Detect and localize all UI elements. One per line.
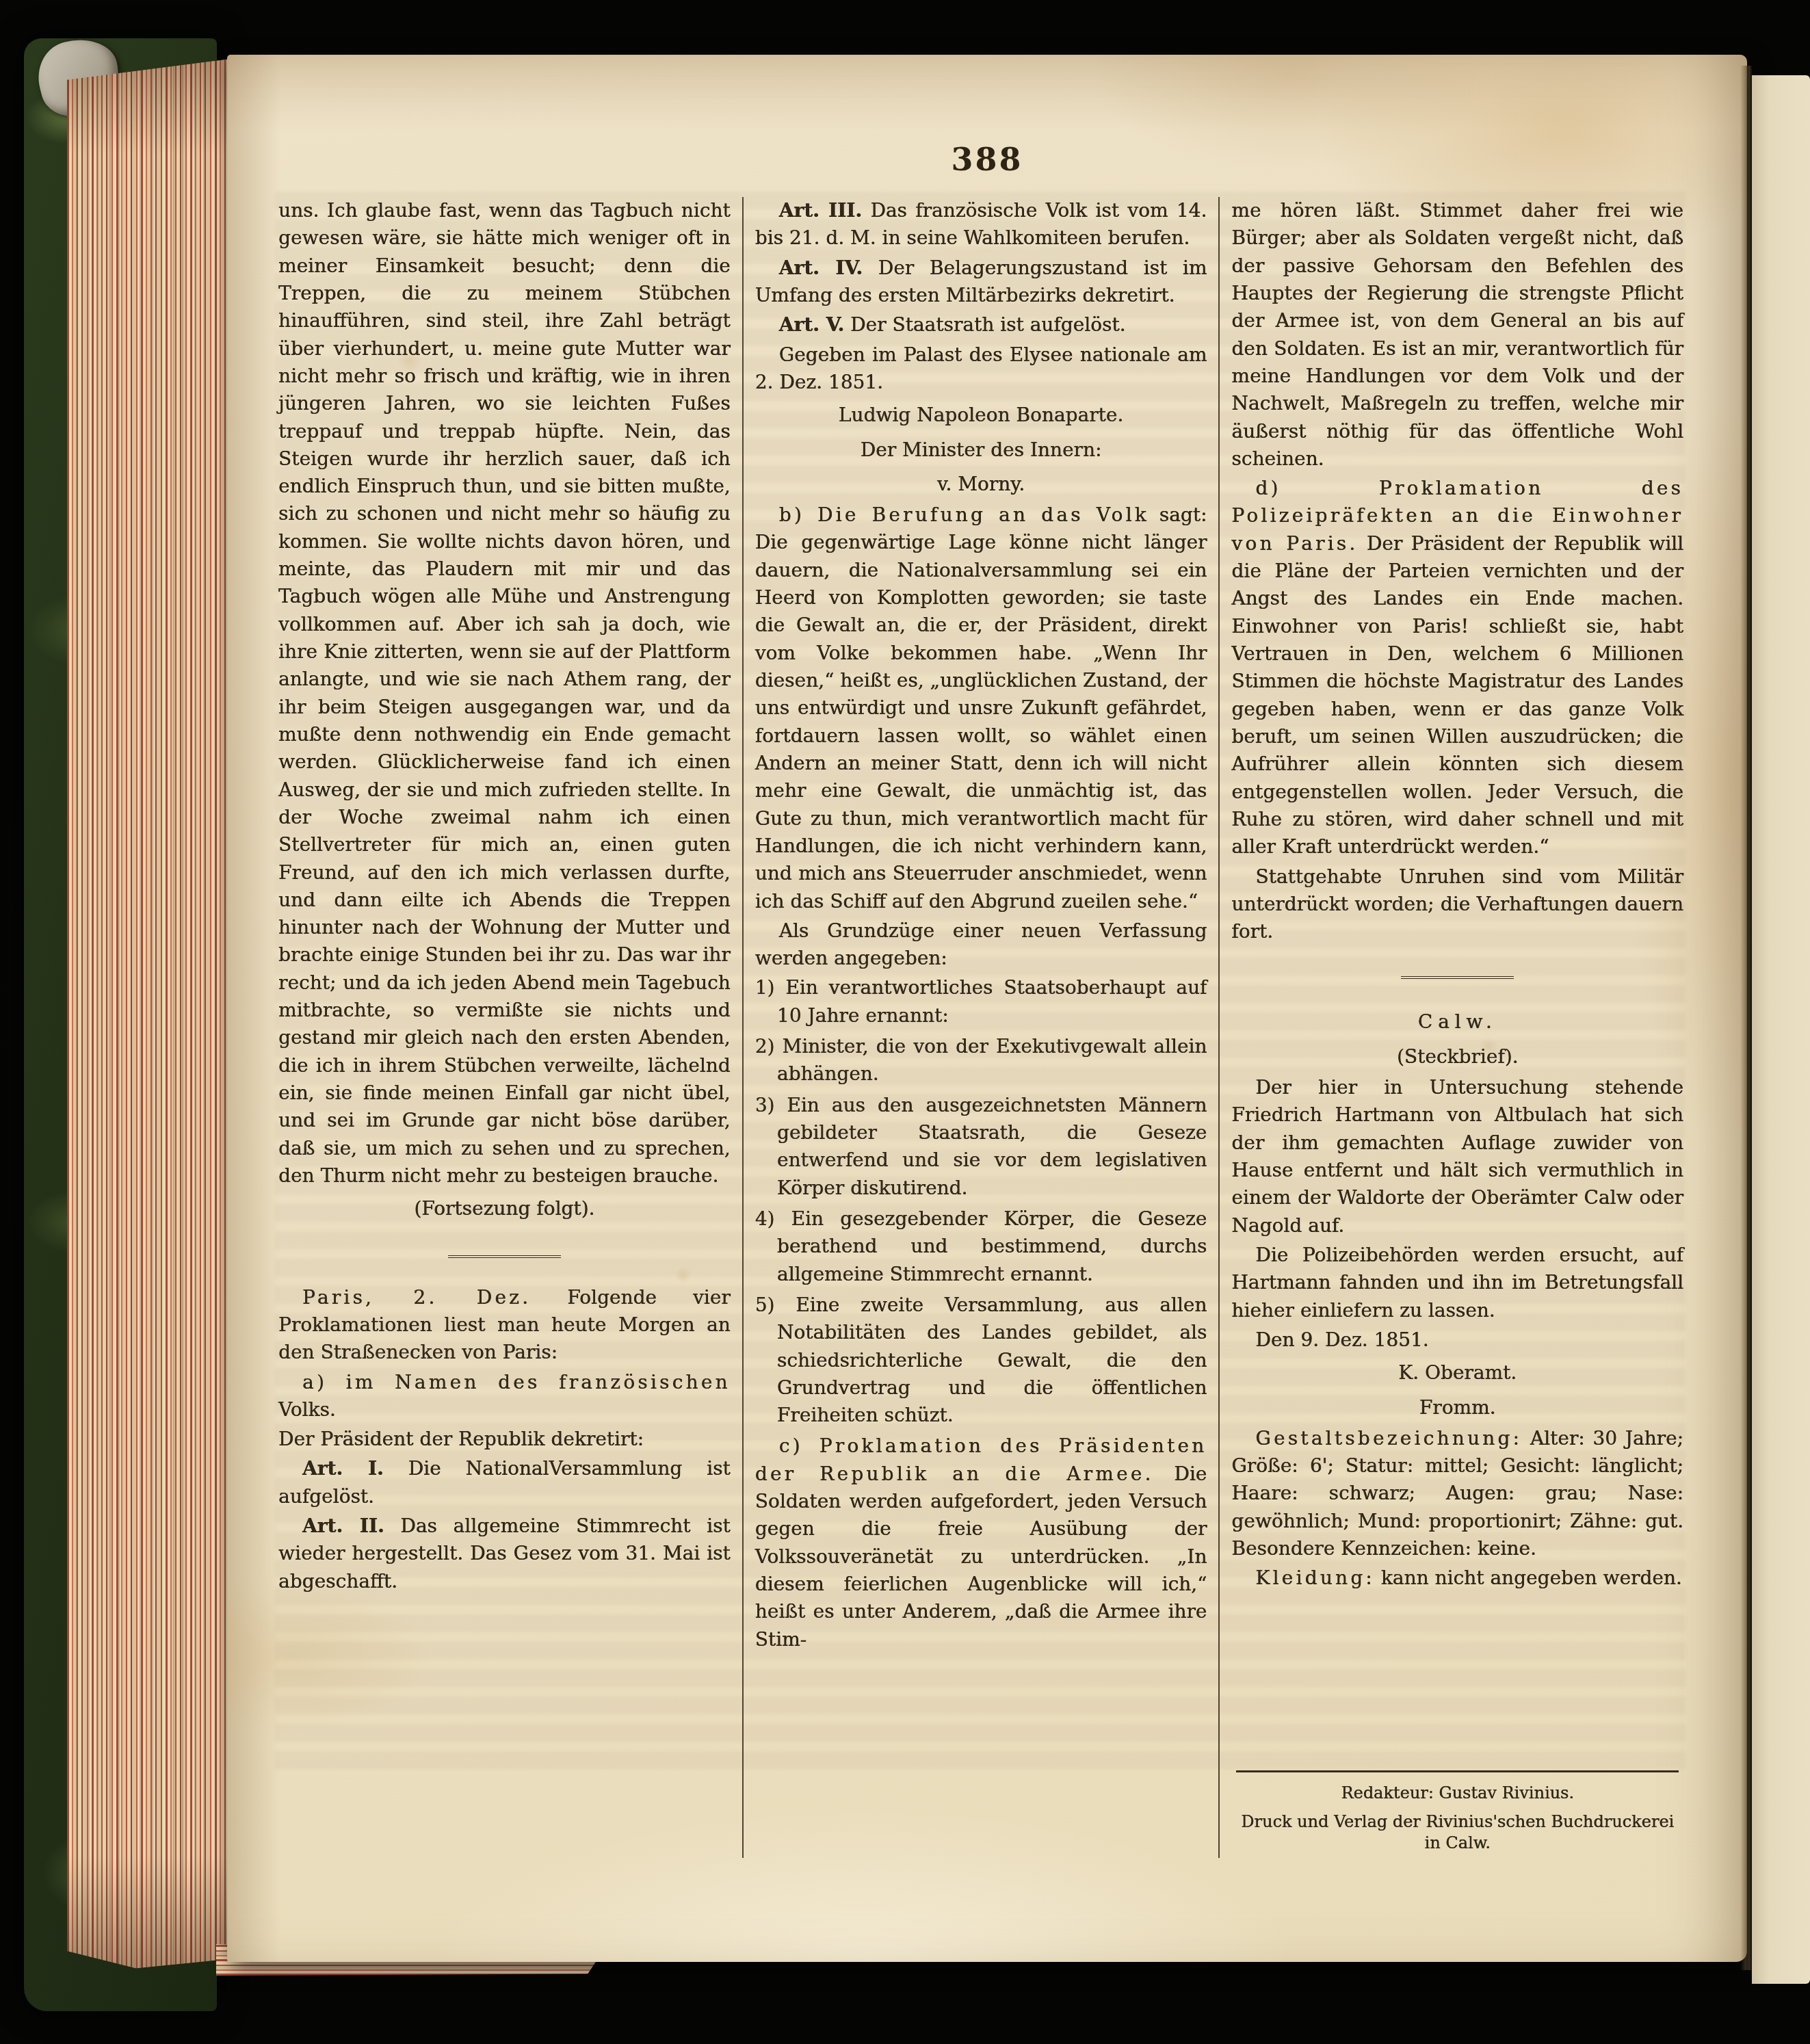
facing-page-sliver bbox=[1752, 75, 1810, 1984]
paragraph-lead: a) im Namen des französischen bbox=[302, 1371, 731, 1393]
paragraph-lead: Paris, 2. Dez. bbox=[302, 1286, 531, 1309]
paragraph-lead: Art. IV. bbox=[779, 257, 863, 279]
section-rule bbox=[1401, 976, 1514, 979]
paragraph-lead: Gestaltsbezeichnung: bbox=[1255, 1427, 1522, 1450]
signature-minister-title: Der Minister des Innern: bbox=[755, 436, 1207, 464]
paragraph-lead: Art. II. bbox=[302, 1515, 384, 1537]
text-column-3: me hören läßt. Stimmet daher frei wie Bü… bbox=[1218, 197, 1695, 1858]
constitution-point-1: 1) Ein verantwortliches Staatsoberhaupt … bbox=[755, 974, 1207, 1030]
police-request-paragraph: Die Polizeibehörden werden ersucht, auf … bbox=[1231, 1242, 1683, 1324]
paragraph-text: sagt: Die gegenwärtige Lage könne nicht … bbox=[755, 503, 1207, 912]
paragraph-text: Der Staatsrath ist aufgelöst. bbox=[850, 313, 1125, 336]
imprint-rule bbox=[1236, 1770, 1679, 1772]
paragraph-lead: b) Die Berufung an das Volk bbox=[779, 503, 1149, 526]
article-2: Art. II. Das allgemeine Stimmrecht ist w… bbox=[278, 1512, 731, 1595]
photographed-book-page: { "page": { "number": "388" }, "palette"… bbox=[0, 0, 1810, 2044]
story-continuation-paragraph: uns. Ich glaube fast, wenn das Tagbuch n… bbox=[278, 197, 731, 1190]
spacer bbox=[1231, 1595, 1683, 1759]
notice-date: Den 9. Dez. 1851. bbox=[1231, 1326, 1683, 1354]
decree-intro: Der Präsident der Republik dekretirt: bbox=[278, 1426, 731, 1453]
page-edges-stack bbox=[67, 59, 231, 1970]
paragraph-text: Die Soldaten werden aufgefordert, jeden … bbox=[755, 1463, 1207, 1651]
clothing-paragraph: Kleidung: kann nicht angegeben werden. bbox=[1231, 1564, 1683, 1592]
proclamation-b-paragraph: b) Die Berufung an das Volk sagt: Die ge… bbox=[755, 501, 1207, 915]
paragraph-lead: Art. V. bbox=[779, 313, 844, 336]
description-paragraph: Gestaltsbezeichnung: Alter: 30 Jahre; Gr… bbox=[1231, 1425, 1683, 1563]
oberamt-signature: K. Oberamt. bbox=[1231, 1359, 1683, 1387]
imprint-editor: Redakteur: Gustav Rivinius. bbox=[1231, 1783, 1683, 1805]
wanted-notice-paragraph: Der hier in Untersuchung stehende Friedr… bbox=[1231, 1074, 1683, 1240]
text-column-2: Art. III. Das französische Volk ist vom … bbox=[742, 197, 1219, 1858]
text-columns: uns. Ich glaube fast, wenn das Tagbuch n… bbox=[267, 197, 1695, 1858]
decree-signature-place: Gegeben im Palast des Elysee nationale a… bbox=[755, 341, 1207, 397]
proclamation-d-paragraph: d) Proklamation des Polizeipräfekten an … bbox=[1231, 475, 1683, 861]
paragraph-lead: c) Proklamation des Präsidenten der Repu… bbox=[755, 1434, 1207, 1484]
article-5: Art. V. Der Staatsrath ist aufgelöst. bbox=[755, 311, 1207, 339]
steckbrief-subheading: (Steckbrief). bbox=[1231, 1043, 1683, 1071]
constitution-intro: Als Grundzüge einer neuen Verfassung wer… bbox=[755, 917, 1207, 973]
proclamation-c-continuation: me hören läßt. Stimmet daher frei wie Bü… bbox=[1231, 197, 1683, 473]
article-3: Art. III. Das französische Volk ist vom … bbox=[755, 197, 1207, 252]
imprint-printer: Druck und Verlag der Rivinius'schen Buch… bbox=[1231, 1811, 1683, 1855]
paragraph-text: Volks. bbox=[278, 1398, 336, 1421]
paragraph-lead: Art. III. bbox=[779, 199, 862, 222]
text-column-1: uns. Ich glaube fast, wenn das Tagbuch n… bbox=[267, 197, 742, 1858]
paragraph-text: Der Präsident der Republik will die Plän… bbox=[1231, 532, 1683, 858]
continuation-note: (Fortsezung folgt). bbox=[278, 1195, 731, 1222]
page-number: 388 bbox=[227, 141, 1747, 178]
constitution-point-5: 5) Eine zweite Versammlung, aus allen No… bbox=[755, 1292, 1207, 1430]
paragraph-text: kann nicht angegeben werden. bbox=[1381, 1567, 1682, 1589]
paragraph-lead: Art. I. bbox=[302, 1457, 384, 1480]
unrest-report: Stattgehabte Unruhen sind vom Militär un… bbox=[1231, 863, 1683, 946]
article-4: Art. IV. Der Belagerungszustand ist im U… bbox=[755, 254, 1207, 310]
paragraph-lead: Kleidung: bbox=[1255, 1567, 1375, 1589]
proclamation-c-paragraph: c) Proklamation des Präsidenten der Repu… bbox=[755, 1432, 1207, 1653]
constitution-point-4: 4) Ein gesezgebender Körper, die Geseze … bbox=[755, 1205, 1207, 1288]
paris-dateline-paragraph: Paris, 2. Dez. Folgende vier Proklamatio… bbox=[278, 1284, 731, 1367]
gutter-crease bbox=[1740, 66, 1753, 1970]
signature-bonaparte: Ludwig Napoleon Bonaparte. bbox=[755, 402, 1207, 429]
proclamation-a-heading: a) im Namen des französischen Volks. bbox=[278, 1369, 731, 1424]
fromm-signature: Fromm. bbox=[1231, 1394, 1683, 1421]
constitution-point-2: 2) Minister, die von der Exekutivgewalt … bbox=[755, 1033, 1207, 1088]
book-page: 388 uns. Ich glaube fast, wenn das Tagbu… bbox=[227, 55, 1747, 1962]
calw-heading: Calw. bbox=[1231, 1008, 1683, 1036]
signature-morny: v. Morny. bbox=[755, 471, 1207, 498]
section-rule bbox=[448, 1255, 561, 1258]
constitution-point-3: 3) Ein aus den ausgezeichnetsten Männern… bbox=[755, 1092, 1207, 1202]
article-1: Art. I. Die NationalVersammlung ist aufg… bbox=[278, 1455, 731, 1510]
